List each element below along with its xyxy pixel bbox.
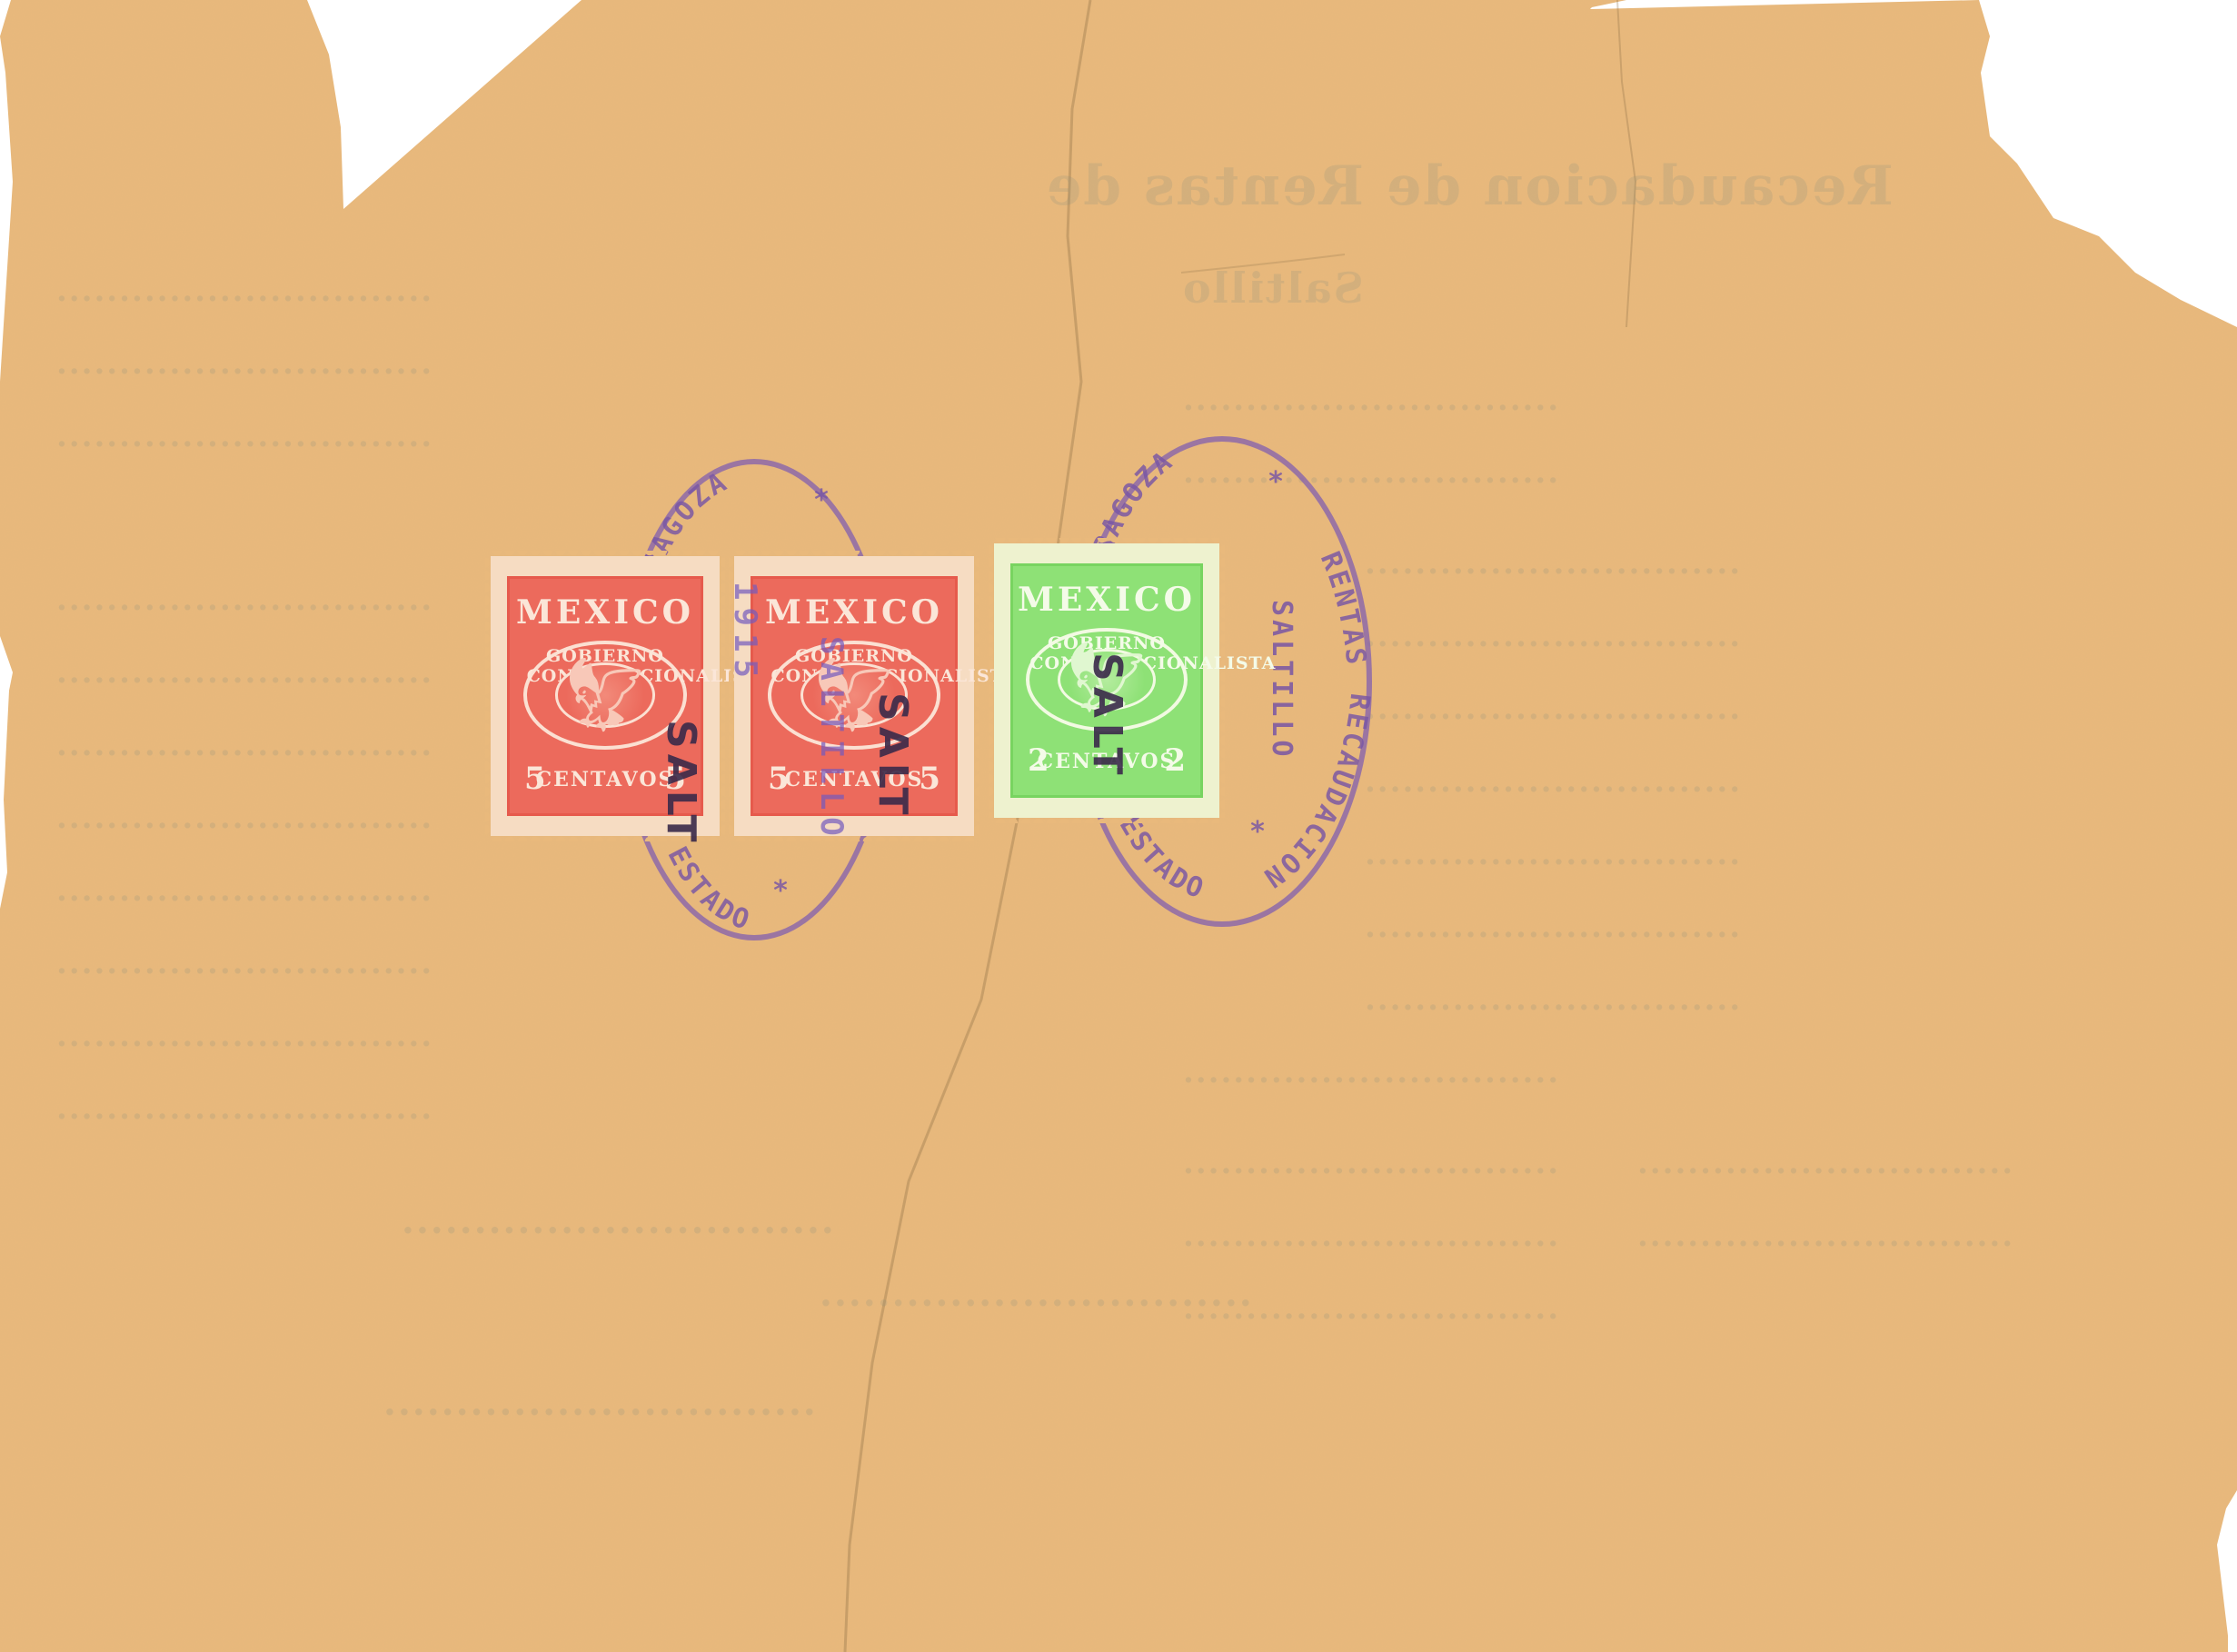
showthrough-line: .............................. [55,418,432,454]
stamp-value: 5 [919,761,940,797]
showthrough-line: .............................. [55,273,432,309]
date-strike-year: 1915 [727,582,763,685]
stamp-country: MEXICO [1032,579,1182,621]
stamp-5-centavos-1: MEXICO GOBIERNO CONSTITUCIONALISTA 🦅︎ 5 … [491,556,720,836]
showthrough-line: .............................. [55,800,432,836]
stamp-2-centavos: MEXICO GOBIERNO CONSTITUCIONALISTA 🦅︎ 2 … [994,543,1219,818]
showthrough-line: .............................. [400,1199,834,1242]
showthrough-line: Recaudacion de Rentas de [1045,154,1894,218]
showthrough-line: .............................. [55,345,432,382]
showthrough-line: .............................. [1181,382,1558,418]
stamp-value: 2 [1164,742,1186,779]
showthrough-line: .............................. [55,654,432,691]
showthrough-line: .............................. [382,1381,816,1424]
showthrough-line: .............................. [1363,763,1740,800]
showthrough-line: .............................. [55,582,432,618]
showthrough-line: .............................. [1635,1218,2013,1254]
showthrough-line: .............................. [1363,618,1740,654]
stamp-overprint: SALT [658,720,704,848]
showthrough-line: .............................. [1181,1145,1558,1181]
showthrough-line: .............................. [55,945,432,981]
showthrough-line: .............................. [1181,1054,1558,1090]
showthrough-line: .............................. [55,1018,432,1054]
showthrough-line: .............................. [55,872,432,909]
stamp-country: MEXICO [529,592,681,633]
showthrough-line: .............................. [55,727,432,763]
showthrough-line: .............................. [1363,981,1740,1018]
showthrough-line: .............................. [1635,1145,2013,1181]
showthrough-line: .............................. [55,1090,432,1127]
stamp-overprint: SALT [870,692,916,821]
showthrough-line: Saltillo [1181,264,1364,313]
stamp-overprint: SALT [1084,652,1130,781]
showthrough-line: .............................. [1363,909,1740,945]
showthrough-line: .............................. [1181,1290,1558,1327]
eagle-icon: 🦅︎ [559,659,651,731]
showthrough-line: .............................. [1181,1218,1558,1254]
stamp-country: MEXICO [773,592,935,633]
showthrough-line: .............................. [1363,545,1740,582]
date-strike-saltillo: SALTILLO [813,636,850,843]
showthrough-line: .............................. [1363,691,1740,727]
stamp-5-centavos-2: MEXICO GOBIERNO CONSTITUCIONALISTA 🦅︎ 5 … [734,556,974,836]
showthrough-line: .............................. [1363,836,1740,872]
cancel-right-center-text: SALTILLO [1266,600,1297,761]
